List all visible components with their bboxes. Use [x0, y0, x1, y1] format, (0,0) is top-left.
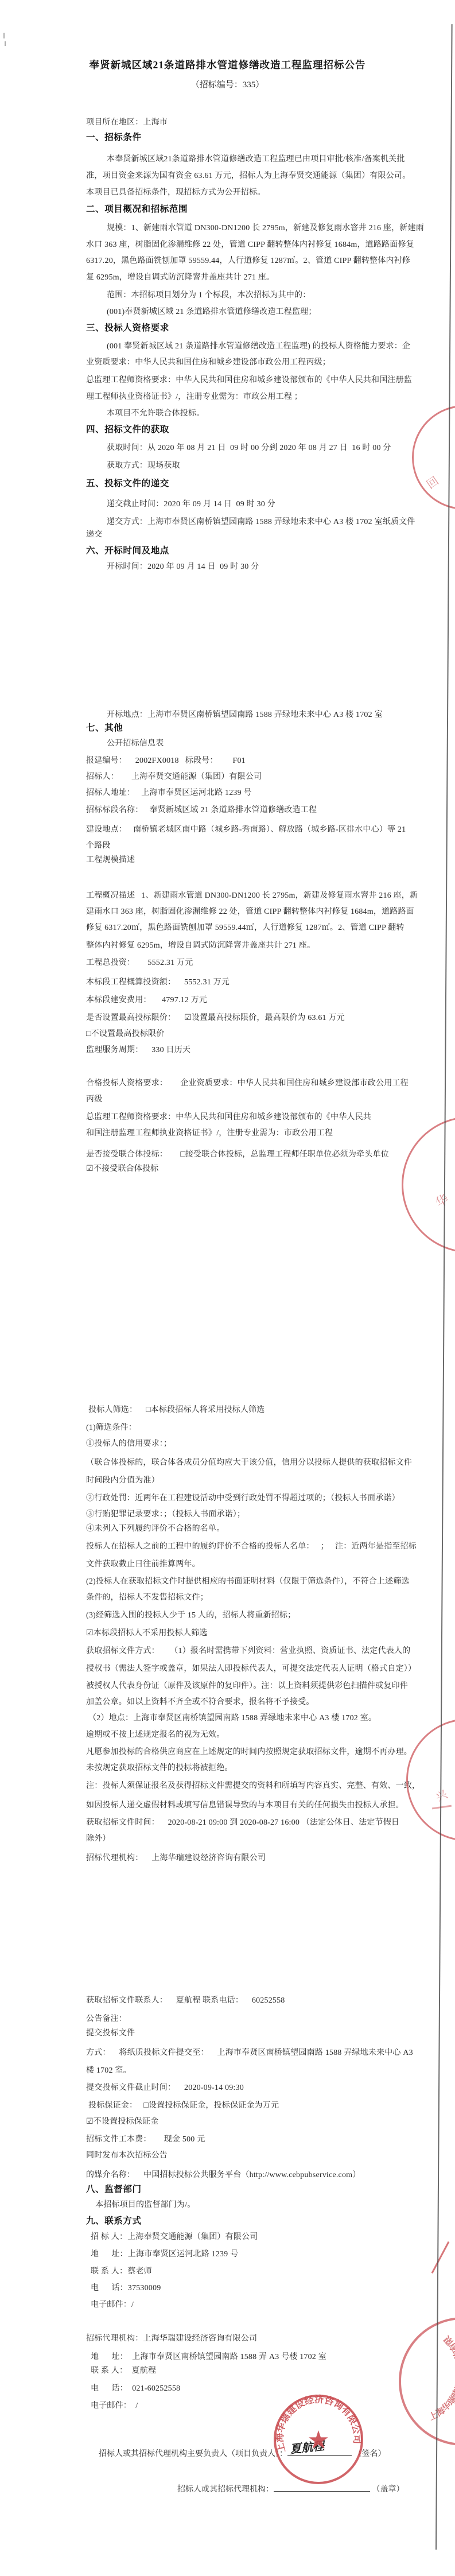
doc-line: 获取招标文件时间： 2020-08-21 09:00 到 2020-08-27 …: [86, 1817, 399, 1829]
doc-line: ☑不设置投标保证金: [86, 2116, 158, 2128]
edge-seal-2-glyph: 华: [432, 1190, 452, 1212]
doc-line: (1)筛选条件：: [86, 1422, 137, 1434]
doc-line: 本标段工程概算投资额： 5552.31 万元: [86, 977, 230, 988]
doc-line: (001)奉贤新城区域 21 条道路排水管道修缮改造工程监理；: [107, 307, 317, 318]
section-heading: 九、联系方式: [86, 2216, 142, 2227]
doc-line: 本奉贤新城区域21条道路排水管道修缮改造工程监理已由项目审批/核准/备案机关批: [107, 154, 405, 165]
partial-company-seal-icon: 上海华瑞建设经济咨询有限公司: [397, 2315, 455, 2447]
doc-line: 准，项目资金来源为国有资金 63.61 万元，招标人为上海奉贤交通能源（集团）有…: [86, 170, 410, 182]
edge-seal-2-icon: 华: [402, 1116, 455, 1253]
doc-line: 地 址： 上海市奉贤区南桥镇望园南路 1588 弄 A3 号楼 1702 室: [91, 2352, 326, 2363]
doc-line: 招 标 人：上海奉贤交通能源（集团）有限公司: [91, 2232, 258, 2243]
section-heading: 五、投标文件的递交: [86, 478, 169, 490]
doc-line: 楼 1702 室。: [86, 2065, 131, 2077]
doc-line: 招标人： 上海奉贤交通能源（集团）有限公司: [86, 771, 262, 783]
doc-line: 投标保证金： □设置投标保证金，投标保证金为万元: [88, 2100, 279, 2112]
doc-line: 电子邮件： /: [91, 2400, 138, 2412]
doc-line: 开标时间：2020 年 09 月 14 日 09 时 30 分: [107, 561, 259, 573]
doc-line: 水口 363 座，树脂固化渗漏维修 22 处，管道 CIPP 翻转整体内衬修复 …: [86, 239, 414, 251]
doc-line: 业资质要求：中华人民共和国住房和城乡建设部市政公用工程丙级；: [86, 357, 330, 368]
edge-seal-3-icon: 兴: [406, 1718, 455, 1841]
doc-line: 如因投标人递交虚假材料或填写信息错误导致的与本项目有关的任何损失由投标人承担。: [86, 1800, 404, 1811]
signature-label: 招标人或其招标代理机构主要负责人（项目负责人）：: [99, 2450, 287, 2458]
doc-subtitle: （招标编号：335）: [0, 78, 455, 90]
scanned-document-page: 奉贤新城区域21条道路排水管道修缮改造工程监理招标公告 （招标编号：335） 项…: [0, 0, 455, 2576]
doc-line: 合格投标人资格要求： 企业资质要求：中华人民共和国住房和城乡建设部市政公用工程: [86, 1078, 409, 1089]
doc-line: 工程规模描述: [86, 855, 135, 866]
company-seal-icon: 上海华瑞建设经济咨询有限公司 ★: [270, 2391, 367, 2488]
doc-line: 递交截止时间：2020 年 09 月 14 日 09 时 30 分: [107, 499, 275, 510]
doc-line: ☑不接受联合体投标: [86, 1163, 158, 1175]
doc-title: 奉贤新城区域21条道路排水管道修缮改造工程监理招标公告: [0, 57, 455, 72]
doc-line: (3)经筛选入围的投标人少于 15 人的，招标人将重新招标；: [86, 1610, 295, 1621]
doc-line: 是否接受联合体投标： □接受联合体投标，总监理工程师任职单位必须为牵头单位: [86, 1149, 389, 1161]
doc-line: 修复 6317.20㎡，黑色路面铣刨加罩 59559.44㎡，人行道修复 128…: [86, 922, 405, 934]
doc-line: (2)投标人在获取招标文件时提供相应的书面证明材料（仅限于筛选条件），不符合上述…: [86, 1576, 410, 1588]
doc-line: (001 奉贤新城区域 21 条道路排水管道修缮改造工程监理) 的投标人资格能力…: [107, 341, 410, 352]
doc-line: 方式： 将纸质投标文件提交至： 上海市奉贤区南桥镇望园南路 1588 弄绿地未来…: [86, 2047, 413, 2059]
seal-star-icon: ★: [307, 2426, 329, 2454]
doc-line: 获取时间：从 2020 年 08 月 21 日 09 时 00 分到 2020 …: [107, 443, 391, 454]
doc-line: 获取方式：现场获取: [107, 460, 180, 472]
doc-line: 报建编号： 2002FX0018 标段号： F01: [86, 755, 246, 767]
doc-line: 建设地点： 南桥镇老城区南中路（城乡路-秀南路）、解放路（城乡路-区排水中心）等…: [86, 824, 406, 836]
section-heading: 八、监督部门: [86, 2184, 142, 2195]
scan-speck: [3, 33, 5, 38]
section-heading: 四、招标文件的获取: [86, 424, 169, 436]
doc-line: 电子邮件：/: [91, 2299, 134, 2311]
doc-line: 是否设置最高投标限价： ☑设置最高投标限价，最高限价为 63.61 万元: [86, 1012, 345, 1024]
red-slash-mark: [431, 2241, 450, 2274]
doc-line: 招标人地址： 上海市奉贤区运河北路 1239 号: [86, 787, 252, 799]
scan-speck: [5, 41, 6, 46]
doc-line: 项目所在地区：上海市: [86, 117, 168, 129]
doc-line: 递交: [86, 529, 102, 541]
doc-line: 招标文件工本费： 现金 500 元: [86, 2134, 205, 2146]
doc-line: 投标人在招标人之前的工程中的履约评价不合格的投标人名单： ； 注：近两年是指至招…: [86, 1541, 417, 1553]
doc-line: 6317.20，黑色路面铣刨加罩 59559.44，人行道修复 1287㎡。2、…: [86, 255, 410, 267]
doc-line: 复 6295m，增设自调式防沉降窨井盖座共计 271 座。: [86, 272, 274, 284]
section-heading: 三、投标人资格要求: [86, 323, 169, 334]
doc-line: □不设置最高投标限价: [86, 1029, 164, 1040]
doc-line: （2）地点：上海市奉贤区南桥镇望园南路 1588 弄绿地未来中心 A3 楼 17…: [88, 1713, 376, 1724]
doc-line: 招标代理机构： 上海华瑞建设经济咨询有限公司: [86, 1853, 266, 1864]
doc-line: 监理服务周期： 330 日历天: [86, 1045, 190, 1056]
section-heading: 七、其他: [86, 723, 123, 734]
doc-line: 的媒介名称： 中国招标投标公共服务平台（http://www.cebpubser…: [86, 2170, 360, 2181]
doc-line: 时间段内分值为准）: [86, 1475, 160, 1487]
section-heading: 二、项目概况和招标范围: [86, 204, 188, 215]
stamp-label: 招标人或其招标代理机构：: [177, 2485, 274, 2494]
doc-line: 招标标段名称： 奉贤新城区域 21 条道路排水管道修缮改造工程: [86, 805, 317, 816]
section-heading: 六、开标时间及地点: [86, 545, 169, 557]
doc-line: 范围：本招标项目划分为 1 个标段，本次招标为其中的：: [107, 290, 310, 301]
doc-line: 本招标项目的监督部门为/。: [95, 2199, 196, 2211]
doc-line: 工程概况描述 1、新建雨水管道 DN300-DN1200 长 2795m，新建及…: [86, 890, 418, 902]
doc-line: 本标段建安费用： 4797.12 万元: [86, 995, 207, 1006]
stamp-suffix: （盖章）: [372, 2485, 405, 2494]
doc-line: 条件的，招标人不发售招标文件；: [86, 1592, 208, 1604]
doc-line: 获取招标文件联系人： 夏航程 联系电话： 60252558: [86, 1995, 285, 2007]
doc-line: 理工程师执业资格证书》/，注册专业需为：市政公用工程 ；: [86, 391, 302, 403]
doc-line: 注：投标人须保证报名及获得招标文件需提交的资料和所填写内容真实、完整、有效、一致…: [86, 1780, 420, 1792]
doc-line: ③行贿犯罪记录要求：；（投标人书面承诺）；: [86, 1509, 245, 1520]
doc-line: 凡愿参加投标的合格供应商应在上述规定的时间内按照规定获取招标文件，逾期不再办理。: [86, 1747, 412, 1758]
doc-line: 丙级: [86, 1094, 102, 1105]
doc-line: 地 址：上海市奉贤区运河北路 1239 号: [91, 2249, 238, 2260]
doc-line: 被授权人代表身份证（原件及该原件的复印件）。注：以上资料须提供彩色扫描件或复印件: [86, 1681, 408, 1692]
section-heading: 一、招标条件: [86, 132, 142, 143]
doc-line: 加盖公章。如以上资料不齐全或不符合要求，报名将不予接受。: [86, 1697, 314, 1708]
doc-line: 建雨水口 363 座，树脂固化渗漏维修 22 处，管道 CIPP 翻转整体内衬修…: [86, 906, 414, 918]
doc-line: 提交投标文件: [86, 2028, 135, 2039]
doc-line: 逾期或不按上述规定报名的视为无效。: [86, 1729, 224, 1741]
doc-line: 未按规定获取招标文件的投标将被拒绝。: [86, 1763, 233, 1774]
doc-line: 文件获取截止日往前推算两年。: [86, 1559, 200, 1570]
edge-seal-3-glyph: 兴: [433, 1785, 450, 1805]
doc-line: 整体内衬修复 6295m，增设自调式防沉降窨井盖座共计 271 座。: [86, 940, 315, 952]
edge-seal-1-glyph: 回: [422, 472, 441, 492]
scan-edge-line: [435, 24, 452, 2550]
doc-line: 提交投标文件截止时间： 2020-09-14 09:30: [86, 2082, 244, 2094]
doc-line: 规模：1、新建雨水管道 DN300-DN1200 长 2795m，新建及修复雨水…: [107, 223, 424, 234]
doc-line: 公告备注：: [86, 2014, 127, 2025]
doc-line: （联合体投标的，联合体各成员分值均应大于该分值，信用分以投标人提供的获取招标文件: [86, 1457, 412, 1469]
doc-line: 招标代理机构：上海华瑞建设经济咨询有限公司: [86, 2333, 257, 2345]
doc-line: 开标地点：上海市奉贤区南桥镇望园南路 1588 弄绿地未来中心 A3 楼 170…: [107, 709, 383, 721]
doc-line: 递交方式：上海市奉贤区南桥镇望园南路 1588 弄绿地未来中心 A3 楼 170…: [107, 517, 415, 528]
doc-line: 除外）: [86, 1833, 111, 1845]
doc-line: ①投标人的信用要求：；: [86, 1438, 172, 1450]
doc-line: ④未列入下列履约评价不合格的名单。: [86, 1523, 224, 1535]
doc-line: 本项目不允许联合体投标。: [107, 408, 204, 420]
doc-line: 和国注册监理工程师执业资格证书》/，注册专业需为：市政公用工程: [86, 1128, 333, 1139]
doc-line: 电 话：37530009: [91, 2283, 161, 2294]
doc-line: 投标人筛选： □本标段招标人将采用投标人筛选: [88, 1405, 265, 1416]
doc-line: 获取招标文件方式： （1）报名时需携带下列资料：营业执照、资质证书、法定代表人的: [86, 1646, 410, 1657]
doc-line: 个路段: [86, 840, 111, 852]
doc-line: 联 系 人：蔡老师: [91, 2266, 152, 2278]
doc-line: ②行政处罚：近两年在工程建设活动中受到行政处罚不得超过项的；（投标人书面承诺）: [86, 1493, 400, 1504]
doc-line: 公开招标信息表: [107, 738, 164, 750]
doc-line: 工程总投资： 5552.31 万元: [86, 957, 193, 969]
doc-line: 本项目已具备招标条件，现招标方式为公开招标。: [86, 187, 265, 199]
doc-line: 总监理工程师资格要求：中华人民共和国住房和城乡建设部颁布的《中华人民共: [86, 1112, 371, 1123]
doc-line: ☑本标段招标人不采用投标人筛选: [86, 1628, 208, 1639]
doc-line: 联 系 人： 夏航程: [91, 2365, 156, 2377]
edge-seal-3-stroke: [432, 1805, 452, 1810]
doc-line: 总监理工程师资格要求：中华人民共和国住房和城乡建设部颁布的《中华人民共和国注册监: [86, 375, 412, 386]
doc-line: 电 话： 021-60252558: [91, 2383, 180, 2395]
doc-line: 授权书（需法人签字或盖章，如果法人即投标代表人，可提交法定代表人证明（格式自定）…: [86, 1663, 416, 1675]
doc-line: 同时发布本次招标公告: [86, 2150, 168, 2162]
